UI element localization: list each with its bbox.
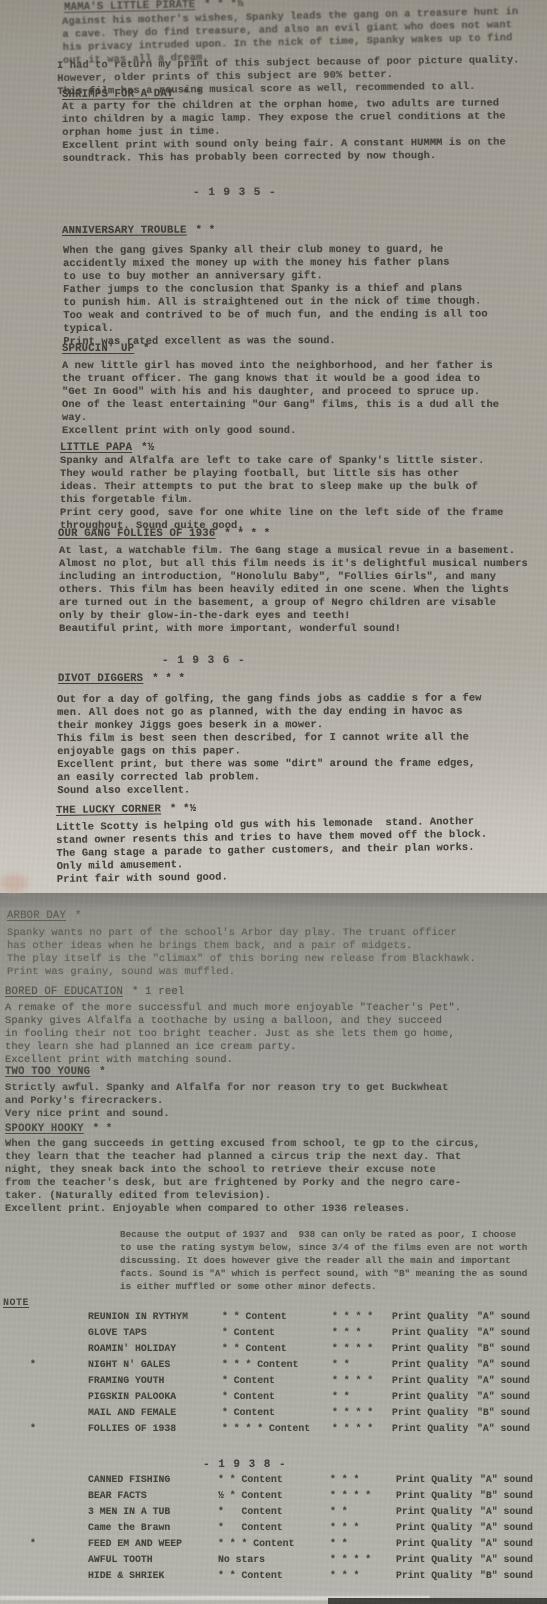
page-break-band bbox=[0, 893, 547, 907]
print-rating-stars: * * * * bbox=[332, 1423, 373, 1434]
star-rating: * * bbox=[182, 88, 202, 100]
print-quality-label: Print Quality bbox=[392, 1391, 468, 1402]
print-quality-label: Print Quality bbox=[396, 1522, 472, 1533]
film-title: 3 MEN IN A TUB bbox=[88, 1506, 170, 1517]
film-name: TWO TOO YOUNG bbox=[5, 1066, 90, 1078]
film-review-text: A new little girl has moved into the nei… bbox=[62, 360, 499, 438]
content-rating: * * Content bbox=[222, 1343, 287, 1354]
film-title-two-too-young: TWO TOO YOUNG* bbox=[5, 1066, 106, 1078]
film-title: GLOVE TAPS bbox=[88, 1327, 147, 1338]
content-rating: * Content bbox=[222, 1327, 275, 1338]
film-title: FEED EM AND WEEP bbox=[88, 1538, 182, 1549]
film-row: BEAR FACTS½ * Content* * * *Print Qualit… bbox=[0, 1490, 547, 1506]
print-rating-stars: * * * bbox=[330, 1570, 359, 1581]
film-title: Came the Brawn bbox=[88, 1522, 170, 1533]
content-rating: * * * Content bbox=[222, 1359, 298, 1370]
film-row: *FOLLIES OF 1938* * * * Content* * * *Pr… bbox=[0, 1423, 547, 1439]
sound-rating: "A" sound bbox=[477, 1391, 530, 1402]
film-row: MAIL AND FEMALE* Content* * * *Print Qua… bbox=[0, 1407, 547, 1423]
film-row: CANNED FISHING* * Content* * *Print Qual… bbox=[0, 1474, 547, 1490]
note-label: NOTE bbox=[3, 1298, 29, 1309]
print-rating-stars: * * * * bbox=[330, 1554, 371, 1565]
row-marker: * bbox=[30, 1359, 36, 1370]
scanned-page-2: ARBOR DAY* Spanky wants no part of the s… bbox=[0, 907, 547, 1604]
film-title: BEAR FACTS bbox=[88, 1490, 147, 1501]
star-rating: * 1 reel bbox=[132, 986, 184, 998]
film-row: *NIGHT N' GALES* * * Content* *Print Qua… bbox=[0, 1359, 547, 1375]
film-title-spooky-hooky: SPOOKY HOOKY* * bbox=[5, 1123, 112, 1135]
scan-edge-dark bbox=[328, 1598, 547, 1604]
print-quality-label: Print Quality bbox=[392, 1375, 468, 1386]
content-rating: * Content bbox=[222, 1407, 275, 1418]
film-title-shrimps-for-a-day: SHRIMPS FOR A DAY* * bbox=[62, 88, 202, 101]
sound-rating: "A" sound bbox=[477, 1423, 530, 1434]
film-title: AWFUL TOOTH bbox=[88, 1554, 153, 1565]
film-name: ANNIVERSARY TROUBLE bbox=[62, 225, 187, 237]
film-row: *FEED EM AND WEEP* * * Content* *Print Q… bbox=[0, 1538, 547, 1554]
film-name: SPRUCIN' UP bbox=[62, 343, 134, 355]
film-title: REUNION IN RYTHYM bbox=[88, 1311, 188, 1322]
film-row: PIGSKIN PALOOKA* Content* *Print Quality… bbox=[0, 1391, 547, 1407]
content-rating: No stars bbox=[218, 1554, 265, 1565]
sound-rating: "A" sound bbox=[480, 1554, 533, 1565]
content-rating: * * * * Content bbox=[222, 1423, 310, 1434]
star-rating: * * * * bbox=[224, 528, 270, 540]
sound-rating: "B" sound bbox=[480, 1490, 533, 1501]
film-title-divot-diggers: DIVOT DIGGERS* * * bbox=[58, 673, 185, 685]
content-rating: * * Content bbox=[222, 1311, 287, 1322]
sound-rating: "B" sound bbox=[480, 1570, 533, 1581]
film-row: Came the Brawn* Content* * *Print Qualit… bbox=[0, 1522, 547, 1538]
print-quality-label: Print Quality bbox=[396, 1506, 472, 1517]
film-name: LITTLE PAPA bbox=[60, 442, 132, 454]
sound-rating: "A" sound bbox=[477, 1311, 530, 1322]
film-title-our-gang-follies-of-1936: OUR GANG FOLLIES OF 1936* * * * bbox=[58, 528, 270, 540]
film-name: ARBOR DAY bbox=[7, 910, 66, 922]
scan-smudge bbox=[0, 874, 28, 892]
star-rating: * *½ bbox=[170, 803, 196, 815]
film-title-little-papa: LITTLE PAPA*½ bbox=[60, 442, 154, 454]
content-rating: * * Content bbox=[218, 1474, 283, 1485]
year-heading-1936: - 1 9 3 6 - bbox=[162, 655, 246, 667]
film-name: THE LUCKY CORNER bbox=[56, 803, 161, 817]
print-quality-label: Print Quality bbox=[396, 1538, 472, 1549]
film-title-sprucin-up: SPRUCIN' UP* bbox=[62, 343, 150, 355]
film-review-text: A remake of the more successful and much… bbox=[5, 1002, 461, 1067]
film-review-text: At a party for the children at the orpha… bbox=[62, 98, 506, 166]
film-title: NIGHT N' GALES bbox=[88, 1359, 170, 1370]
content-rating: * * Content bbox=[218, 1570, 283, 1581]
film-title: PIGSKIN PALOOKA bbox=[88, 1391, 176, 1402]
film-title-anniversary-trouble: ANNIVERSARY TROUBLE* * bbox=[62, 224, 215, 237]
film-title: ROAMIN' HOLIDAY bbox=[88, 1343, 176, 1354]
sound-rating: "A" sound bbox=[477, 1375, 530, 1386]
sound-rating: "B" sound bbox=[477, 1343, 530, 1354]
year-heading-1935: - 1 9 3 5 - bbox=[193, 187, 277, 199]
print-rating-stars: * * * * bbox=[332, 1311, 373, 1322]
sound-rating: "A" sound bbox=[477, 1327, 530, 1338]
film-row: GLOVE TAPS* Content* * *Print Quality"A"… bbox=[0, 1327, 547, 1343]
table-1938: CANNED FISHING* * Content* * *Print Qual… bbox=[0, 1474, 547, 1586]
film-row: FRAMING YOUTH* Content* * * *Print Quali… bbox=[0, 1375, 547, 1391]
film-title: FOLLIES OF 1938 bbox=[88, 1423, 176, 1434]
film-review-text: When the gang succeeds in getting excuse… bbox=[5, 1138, 480, 1216]
print-quality-label: Print Quality bbox=[392, 1311, 468, 1322]
film-title: CANNED FISHING bbox=[88, 1474, 170, 1485]
print-quality-label: Print Quality bbox=[392, 1343, 468, 1354]
film-row: HIDE & SHRIEK* * Content* * *Print Quali… bbox=[0, 1570, 547, 1586]
film-review-text: Out for a day of golfing, the gang finds… bbox=[57, 693, 482, 798]
sound-rating: "A" sound bbox=[477, 1359, 530, 1370]
film-review-text: Little Scotty is helping old gus with hi… bbox=[56, 816, 488, 887]
film-name: BORED OF EDUCATION bbox=[5, 986, 123, 998]
film-review-text: Strictly awful. Spanky and Alfalfa for n… bbox=[5, 1082, 448, 1121]
film-review-text: Spanky and Alfalfa are left to take care… bbox=[60, 455, 503, 533]
print-quality-label: Print Quality bbox=[392, 1423, 468, 1434]
film-title-the-lucky-corner: THE LUCKY CORNER* *½ bbox=[56, 803, 196, 817]
star-rating: * * *½ bbox=[204, 0, 244, 11]
film-row: AWFUL TOOTHNo stars* * * *Print Quality"… bbox=[0, 1554, 547, 1570]
print-rating-stars: * * bbox=[330, 1538, 348, 1549]
film-title: MAIL AND FEMALE bbox=[88, 1407, 176, 1418]
print-rating-stars: * * * * bbox=[332, 1343, 373, 1354]
print-rating-stars: * * * * bbox=[332, 1375, 373, 1386]
print-rating-stars: * * * * bbox=[332, 1407, 373, 1418]
scanned-page-1: MAMA'S LITTLE PIRATE* * *½ Against his m… bbox=[0, 0, 547, 893]
star-rating: * bbox=[143, 343, 150, 355]
film-title-bored-of-education: BORED OF EDUCATION* 1 reel bbox=[5, 986, 185, 998]
content-rating: * Content bbox=[218, 1506, 283, 1517]
film-review-text: At last, a watchable film. The Gang stag… bbox=[59, 545, 528, 636]
sound-rating: "B" sound bbox=[477, 1407, 530, 1418]
content-rating: * Content bbox=[222, 1391, 275, 1402]
star-rating: * bbox=[99, 1066, 106, 1078]
film-title-arbor-day: ARBOR DAY* bbox=[7, 910, 82, 922]
rating-system-note: Because the output of 1937 and 938 can o… bbox=[120, 1228, 527, 1293]
film-name: SPOOKY HOOKY bbox=[5, 1123, 84, 1135]
print-quality-label: Print Quality bbox=[392, 1407, 468, 1418]
print-rating-stars: * * bbox=[332, 1391, 350, 1402]
star-rating: * * bbox=[93, 1123, 113, 1135]
film-row: REUNION IN RYTHYM* * Content* * * *Print… bbox=[0, 1311, 547, 1327]
row-marker: * bbox=[30, 1423, 36, 1434]
print-quality-label: Print Quality bbox=[392, 1327, 468, 1338]
sound-rating: "A" sound bbox=[480, 1506, 533, 1517]
film-name: MAMA'S LITTLE PIRATE bbox=[64, 0, 195, 14]
content-rating: ½ * Content bbox=[218, 1490, 283, 1501]
film-name: SHRIMPS FOR A DAY bbox=[62, 88, 174, 101]
print-rating-stars: * * * bbox=[332, 1327, 361, 1338]
print-rating-stars: * * * bbox=[330, 1522, 359, 1533]
print-rating-stars: * * bbox=[332, 1359, 350, 1370]
star-rating: * * bbox=[196, 224, 216, 236]
print-quality-label: Print Quality bbox=[392, 1359, 468, 1370]
print-rating-stars: * * bbox=[330, 1506, 348, 1517]
film-title: HIDE & SHRIEK bbox=[88, 1570, 164, 1581]
print-rating-stars: * * * * bbox=[330, 1490, 371, 1501]
film-name: OUR GANG FOLLIES OF 1936 bbox=[58, 528, 215, 540]
film-row: ROAMIN' HOLIDAY* * Content* * * *Print Q… bbox=[0, 1343, 547, 1359]
year-heading-1938: - 1 9 3 8 - bbox=[203, 1459, 287, 1471]
film-review-text: Spanky wants no part of the school's Arb… bbox=[7, 927, 476, 979]
print-rating-stars: * * * bbox=[330, 1474, 359, 1485]
star-rating: * bbox=[75, 910, 82, 922]
film-row: 3 MEN IN A TUB* Content* *Print Quality"… bbox=[0, 1506, 547, 1522]
table-1937: REUNION IN RYTHYM* * Content* * * *Print… bbox=[0, 1311, 547, 1439]
content-rating: * * * Content bbox=[218, 1538, 294, 1549]
print-quality-label: Print Quality bbox=[396, 1554, 472, 1565]
sound-rating: "A" sound bbox=[480, 1538, 533, 1549]
sound-rating: "A" sound bbox=[480, 1522, 533, 1533]
print-quality-label: Print Quality bbox=[396, 1570, 472, 1581]
star-rating: * * * bbox=[152, 673, 185, 685]
film-name: DIVOT DIGGERS bbox=[58, 673, 143, 685]
print-quality-label: Print Quality bbox=[396, 1474, 472, 1485]
film-title: FRAMING YOUTH bbox=[88, 1375, 164, 1386]
film-review-text: When the gang gives Spanky all their clu… bbox=[63, 244, 488, 349]
print-quality-label: Print Quality bbox=[396, 1490, 472, 1501]
content-rating: * Content bbox=[222, 1375, 275, 1386]
row-marker: * bbox=[30, 1538, 36, 1549]
content-rating: * Content bbox=[218, 1522, 283, 1533]
star-rating: *½ bbox=[141, 442, 154, 454]
sound-rating: "A" sound bbox=[480, 1474, 533, 1485]
